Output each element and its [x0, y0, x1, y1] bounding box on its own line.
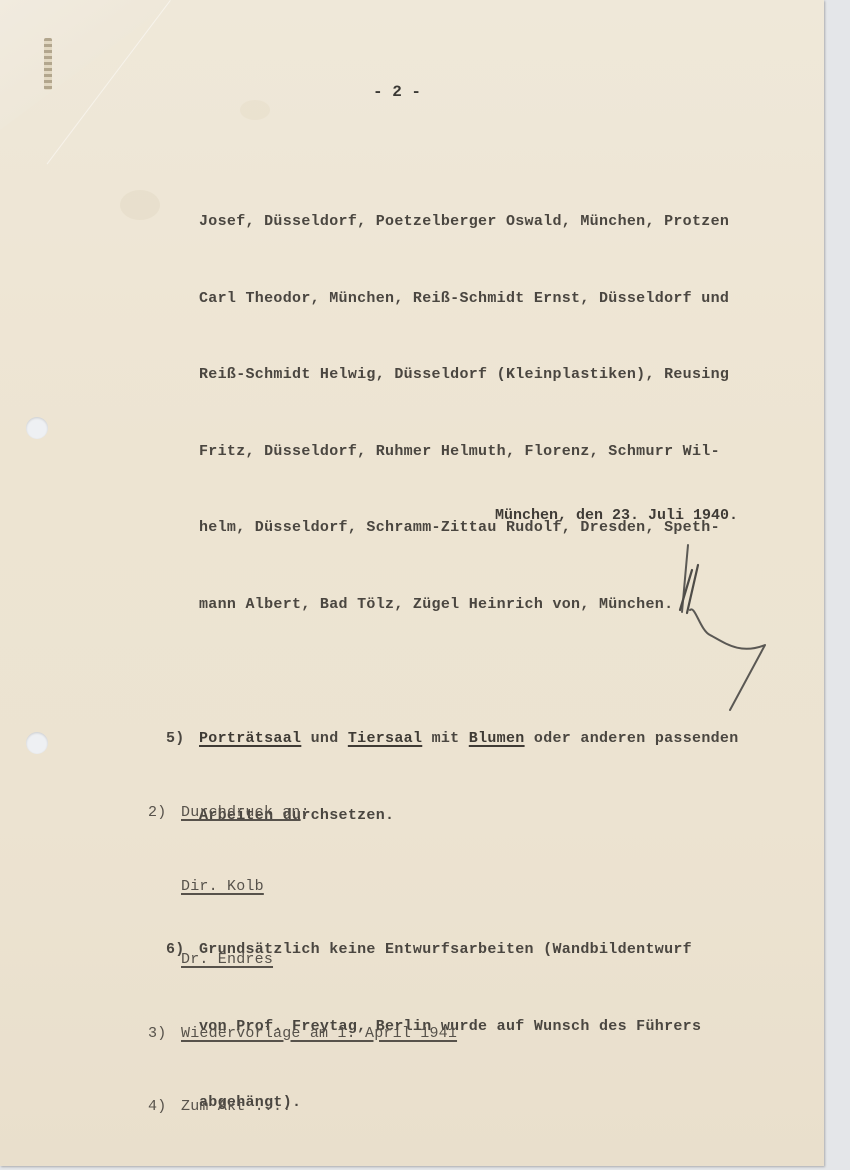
- document-page: - 2 - Josef, Düsseldorf, Poetzelberger O…: [0, 0, 824, 1166]
- distribution-item: 4)Zum Akt ....: [148, 1095, 457, 1120]
- continuation-line: Josef, Düsseldorf, Poetzelberger Oswald,…: [166, 209, 739, 235]
- item-5-line-1: 5)Porträtsaal und Tiersaal mit Blumen od…: [166, 726, 739, 752]
- underlined-term: Blumen: [469, 730, 525, 747]
- punch-hole-top: [26, 417, 48, 439]
- staple-mark: [44, 38, 52, 90]
- underlined-term: Porträtsaal: [199, 730, 301, 747]
- place-date-line: München, den 23. Juli 1940.: [495, 507, 738, 524]
- distribution-item: Dr. Endres: [148, 948, 457, 973]
- item-number: 5): [166, 726, 199, 752]
- distribution-item: Dir. Kolb: [148, 875, 457, 900]
- continuation-line: Fritz, Düsseldorf, Ruhmer Helmuth, Flore…: [166, 439, 739, 465]
- page-number: - 2 -: [373, 83, 421, 101]
- continuation-line: mann Albert, Bad Tölz, Zügel Heinrich vo…: [166, 592, 739, 618]
- punch-hole-bottom: [26, 732, 48, 754]
- underlined-term: Tiersaal: [348, 730, 422, 747]
- handwritten-signature: [670, 540, 780, 720]
- continuation-line: Reiß-Schmidt Helwig, Düsseldorf (Kleinpl…: [166, 362, 739, 388]
- distribution-item: 3)Wiedervorlage am 1. April 1941: [148, 1022, 457, 1047]
- paper-stain: [120, 190, 160, 220]
- distribution-list: 2)Durchdruck an: Dir. Kolb Dr. Endres 3)…: [148, 752, 457, 1169]
- paper-stain: [240, 100, 270, 120]
- continuation-line: Carl Theodor, München, Reiß-Schmidt Erns…: [166, 286, 739, 312]
- distribution-item: 2)Durchdruck an:: [148, 801, 457, 826]
